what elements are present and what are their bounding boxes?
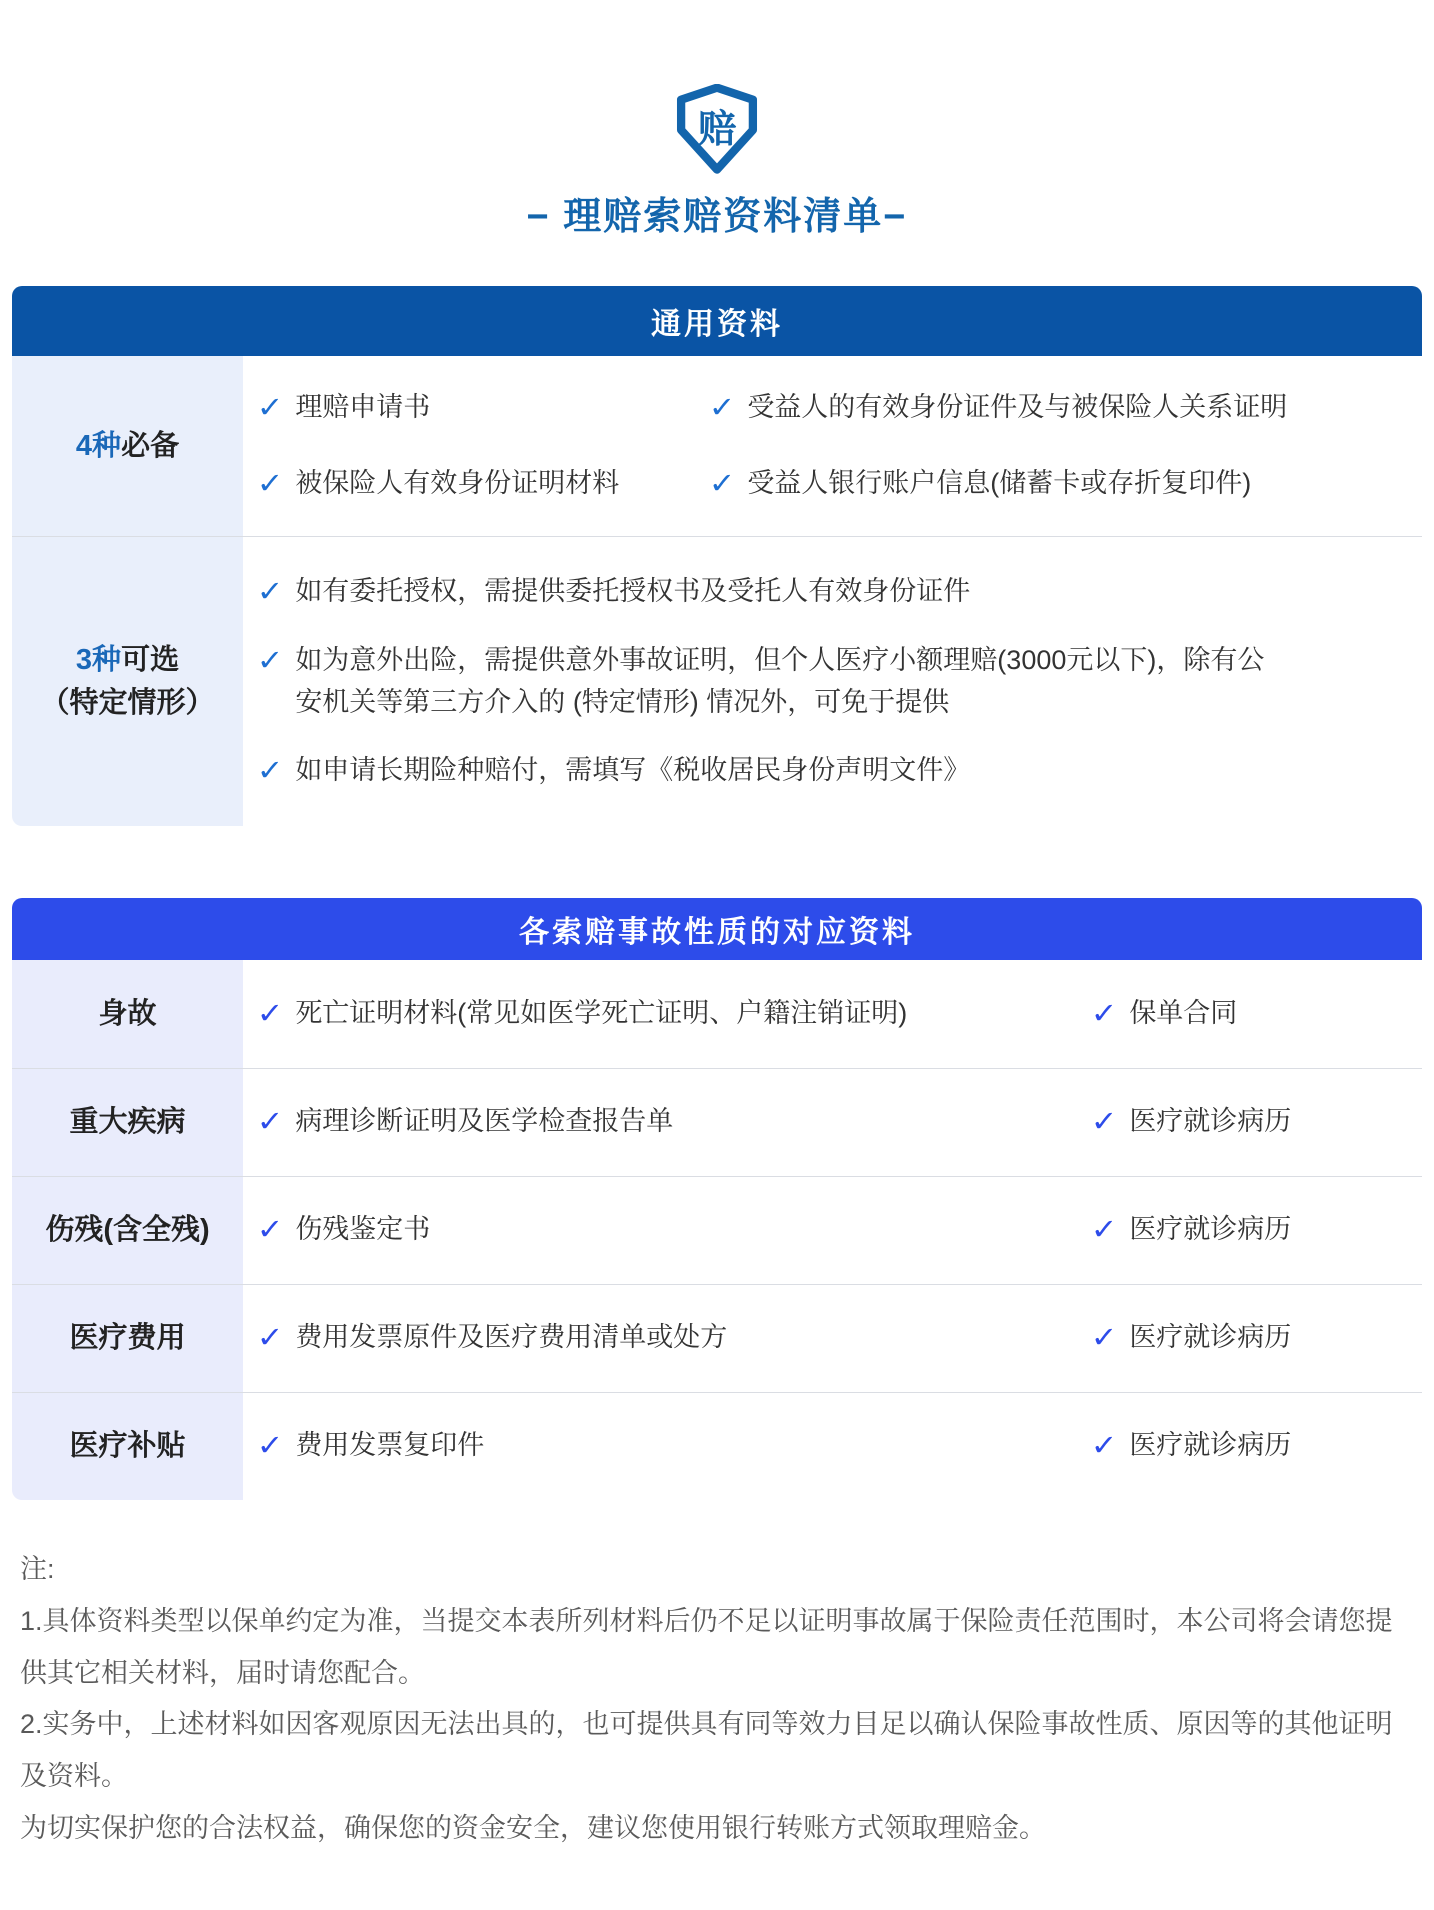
list-item: ✓ 被保险人有效身份证明材料 xyxy=(258,463,710,505)
row-label-optional: 3种可选 （特定情形） xyxy=(12,537,243,826)
note-line: 1.具体资料类型以保单约定为准，当提交本表所列材料后仍不足以证明事故属于保险责任… xyxy=(20,1596,1414,1700)
page-title: − 理赔索赔资料清单− xyxy=(0,185,1434,240)
list-item: ✓ 如有委托授权，需提供委托授权书及受托人有效身份证件 xyxy=(258,571,1422,613)
item-text: 如申请长期险种赔付，需填写《税收居民身份声明文件》 xyxy=(295,750,970,792)
check-icon: ✓ xyxy=(257,640,284,682)
item-text: 医疗就诊病历 xyxy=(1129,1209,1291,1251)
footnotes: 注: 1.具体资料类型以保单约定为准，当提交本表所列材料后仍不足以证明事故属于保… xyxy=(20,1544,1414,1855)
item-text: 理赔申请书 xyxy=(295,387,430,429)
list-item: ✓ 病理诊断证明及医学检查报告单 xyxy=(258,1101,1092,1143)
table1-header: 通用资料 xyxy=(12,286,1422,356)
required-items: ✓ 理赔申请书 ✓ 受益人的有效身份证件及与被保险人关系证明 ✓ 被保险人有效身… xyxy=(243,356,1422,536)
row-label: 伤残(含全残) xyxy=(12,1177,243,1284)
table-row-critical-illness: 重大疾病 ✓ 病理诊断证明及医学检查报告单 ✓ 医疗就诊病历 xyxy=(12,1068,1422,1176)
list-item: ✓ 理赔申请书 xyxy=(258,387,710,429)
table-row-medical-expense: 医疗费用 ✓ 费用发票原件及医疗费用清单或处方 ✓ 医疗就诊病历 xyxy=(12,1284,1422,1392)
check-icon: ✓ xyxy=(257,993,284,1035)
item-text: 费用发票原件及医疗费用清单或处方 xyxy=(295,1317,727,1359)
list-item: ✓ 受益人银行账户信息(储蓄卡或存折复印件) xyxy=(710,463,1422,505)
row-label-subtext: （特定情形） xyxy=(40,682,214,724)
item-text: 费用发票复印件 xyxy=(295,1425,484,1467)
logo: 赔 xyxy=(0,0,1434,181)
list-item: ✓ 如为意外出险，需提供意外事故证明，但个人医疗小额理赔(3000元以下)，除有… xyxy=(258,640,1422,724)
item-text: 保单合同 xyxy=(1129,993,1237,1035)
row-label-count: 3种 xyxy=(76,644,121,676)
note-line: 为切实保护您的合法权益，确保您的资金安全，建议您使用银行转账方式领取理赔金。 xyxy=(20,1803,1414,1855)
check-icon: ✓ xyxy=(709,387,736,429)
list-item: ✓ 医疗就诊病历 xyxy=(1092,1209,1422,1251)
note-line: 2.实务中，上述材料如因客观原因无法出具的，也可提供具有同等效力目足以确认保险事… xyxy=(20,1699,1414,1803)
item-text: 受益人的有效身份证件及与被保险人关系证明 xyxy=(747,387,1287,429)
row-label: 重大疾病 xyxy=(12,1069,243,1176)
table-row-required: 4种必备 ✓ 理赔申请书 ✓ 受益人的有效身份证件及与被保险人关系证明 ✓ 被保… xyxy=(12,356,1422,536)
list-item: ✓ 受益人的有效身份证件及与被保险人关系证明 xyxy=(710,387,1422,429)
row-label: 医疗费用 xyxy=(12,1285,243,1392)
item-text: 伤残鉴定书 xyxy=(295,1209,430,1251)
check-icon: ✓ xyxy=(709,463,736,505)
item-text: 被保险人有效身份证明材料 xyxy=(295,463,619,505)
row-label-text: 必备 xyxy=(121,430,179,462)
item-text: 如为意外出险，需提供意外事故证明，但个人医疗小额理赔(3000元以下)，除有公安… xyxy=(295,640,1285,724)
check-icon: ✓ xyxy=(1091,1425,1118,1467)
check-icon: ✓ xyxy=(257,387,284,429)
accident-type-materials-table: 各索赔事故性质的对应资料 身故 ✓ 死亡证明材料(常见如医学死亡证明、户籍注销证… xyxy=(12,898,1422,1500)
item-text: 医疗就诊病历 xyxy=(1129,1425,1291,1467)
table2-header: 各索赔事故性质的对应资料 xyxy=(12,898,1422,960)
list-item: ✓ 死亡证明材料(常见如医学死亡证明、户籍注销证明) xyxy=(258,993,1092,1035)
list-item: ✓ 如申请长期险种赔付，需填写《税收居民身份声明文件》 xyxy=(258,750,1422,792)
list-item: ✓ 伤残鉴定书 xyxy=(258,1209,1092,1251)
item-text: 如有委托授权，需提供委托授权书及受托人有效身份证件 xyxy=(295,571,970,613)
row-label: 医疗补贴 xyxy=(12,1393,243,1500)
check-icon: ✓ xyxy=(257,1209,284,1251)
check-icon: ✓ xyxy=(257,1317,284,1359)
item-text: 医疗就诊病历 xyxy=(1129,1317,1291,1359)
row-label-required: 4种必备 xyxy=(12,356,243,536)
general-materials-table: 通用资料 4种必备 ✓ 理赔申请书 ✓ 受益人的有效身份证件及与被保险人关系证明… xyxy=(12,286,1422,826)
row-label-count: 4种 xyxy=(76,430,121,462)
table-row-medical-subsidy: 医疗补贴 ✓ 费用发票复印件 ✓ 医疗就诊病历 xyxy=(12,1392,1422,1500)
check-icon: ✓ xyxy=(1091,1209,1118,1251)
row-label-text: 可选 xyxy=(121,644,179,676)
check-icon: ✓ xyxy=(1091,1317,1118,1359)
list-item: ✓ 费用发票原件及医疗费用清单或处方 xyxy=(258,1317,1092,1359)
item-text: 医疗就诊病历 xyxy=(1129,1101,1291,1143)
table-row-disability: 伤残(含全残) ✓ 伤残鉴定书 ✓ 医疗就诊病历 xyxy=(12,1176,1422,1284)
check-icon: ✓ xyxy=(257,463,284,505)
check-icon: ✓ xyxy=(257,1101,284,1143)
item-text: 死亡证明材料(常见如医学死亡证明、户籍注销证明) xyxy=(295,993,907,1035)
item-text: 病理诊断证明及医学检查报告单 xyxy=(295,1101,673,1143)
check-icon: ✓ xyxy=(257,571,284,613)
check-icon: ✓ xyxy=(257,750,284,792)
table-row-death: 身故 ✓ 死亡证明材料(常见如医学死亡证明、户籍注销证明) ✓ 保单合同 xyxy=(12,960,1422,1068)
claims-checklist-page: 赔 − 理赔索赔资料清单− 通用资料 4种必备 ✓ 理赔申请书 ✓ 受益人的有效… xyxy=(0,0,1434,1910)
notes-title: 注: xyxy=(20,1544,1414,1596)
check-icon: ✓ xyxy=(257,1425,284,1467)
item-text: 受益人银行账户信息(储蓄卡或存折复印件) xyxy=(747,463,1251,505)
optional-items: ✓ 如有委托授权，需提供委托授权书及受托人有效身份证件 ✓ 如为意外出险，需提供… xyxy=(243,537,1422,826)
row-label: 身故 xyxy=(12,960,243,1068)
check-icon: ✓ xyxy=(1091,1101,1118,1143)
table-row-optional: 3种可选 （特定情形） ✓ 如有委托授权，需提供委托授权书及受托人有效身份证件 … xyxy=(12,536,1422,826)
shield-icon: 赔 xyxy=(670,84,764,176)
logo-char: 赔 xyxy=(698,108,737,151)
list-item: ✓ 保单合同 xyxy=(1092,993,1422,1035)
list-item: ✓ 医疗就诊病历 xyxy=(1092,1101,1422,1143)
check-icon: ✓ xyxy=(1091,993,1118,1035)
list-item: ✓ 费用发票复印件 xyxy=(258,1425,1092,1467)
list-item: ✓ 医疗就诊病历 xyxy=(1092,1317,1422,1359)
list-item: ✓ 医疗就诊病历 xyxy=(1092,1425,1422,1467)
